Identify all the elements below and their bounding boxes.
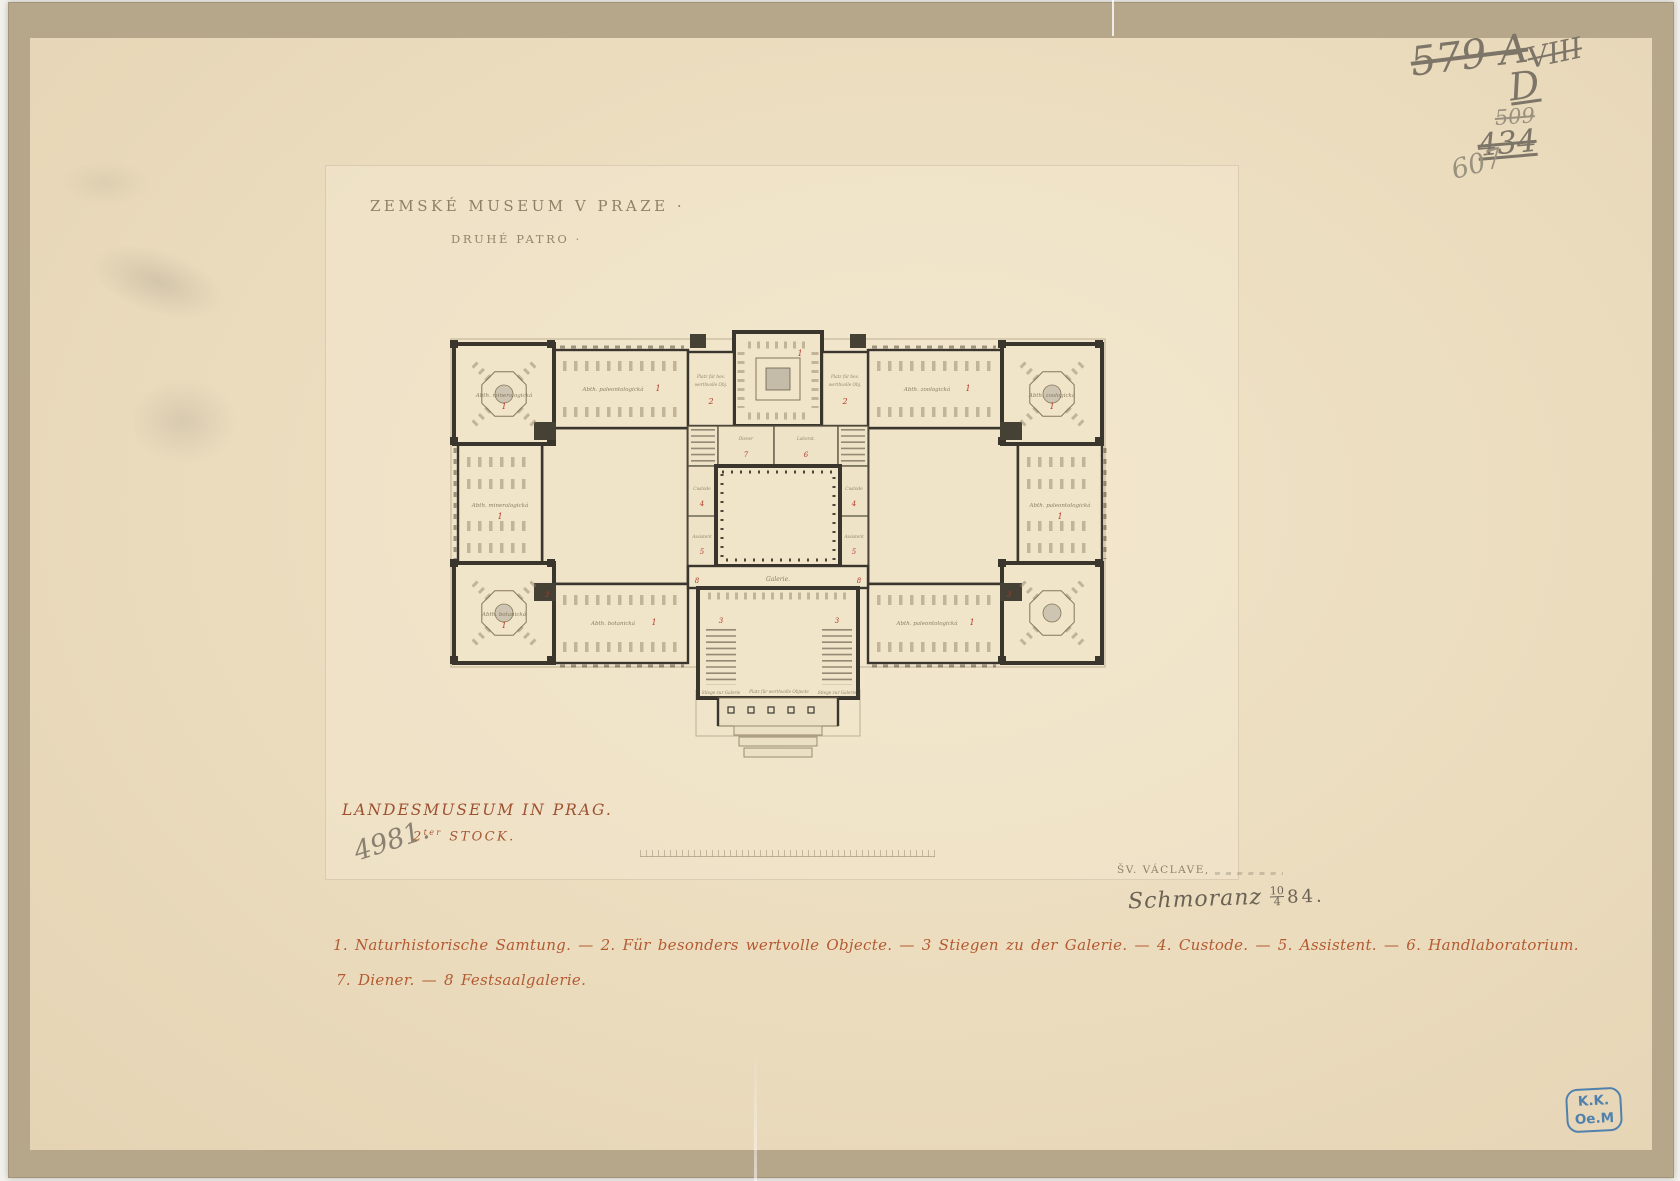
collection-stamp: K.K. Oe.M [1565,1087,1623,1134]
floor-plan: Abth. mineralogická 1 Abth. paleontologi… [450,330,1110,776]
num-assistent-left: 5 [700,548,705,556]
num-wing-bottom-right: 1 [969,618,974,627]
label-valuables-left-2: werthvolle Obj. [695,382,728,387]
num-laborat: 6 [804,451,809,459]
num-galerie-right: 8 [857,577,862,585]
num-wing-left: 1 [497,512,502,521]
num-stair-bottom-left: 3 [719,617,724,625]
date-month: 4 [1273,895,1280,908]
num-pavilion-nw: 1 [501,402,506,411]
label-wing-right: Abth. paleontologická [1029,502,1091,509]
label-assistent-left: Assistent [691,534,712,539]
light-court [716,466,840,566]
num-pantheon: 1 [797,349,802,358]
num-diener: 7 [744,451,749,459]
label-custode-left: Custode [693,486,711,491]
label-valuables-right-1: Platz für bes. [830,374,859,379]
label-wing-left: Abth. mineralogická [471,502,528,509]
legend-line-2: 7. Diener. — 8 Festsaalgalerie. [336,971,586,989]
num-stair-west: 3 [545,591,550,599]
num-valuables-left: 2 [707,397,713,406]
label-wing-top-right: Abth. zoologická [903,386,950,393]
site-note: ŠV. VÁCLAVE, [1117,864,1210,876]
valuables-room-left [688,352,734,426]
portico [718,698,838,726]
floor-word: STOCK. [443,829,516,844]
label-valuables-right-2: werthvolle Obj. [829,382,862,387]
stamp-line-2: Oe.M [1568,1109,1621,1129]
num-galerie-left: 8 [695,577,700,585]
card-notch [1112,0,1114,36]
legend-line-1: 1. Naturhistorische Samtung. — 2. Für be… [333,936,1579,954]
label-wing-bottom-left: Abth. botanická [590,620,635,627]
laboratorium-room [774,426,838,466]
scanned-drawing-page: ZEMSKÉ MUSEUM V PRAZE · DRUHÉ PATRO · LA… [0,0,1680,1181]
label-valuables-left-1: Platz für bes. [696,374,725,379]
label-diener: Diener [738,436,754,441]
num-stair-east: 3 [1007,591,1012,599]
num-wing-top-left: 1 [655,384,660,393]
num-wing-top-right: 1 [965,384,970,393]
architect-signature: Schmoranz [1128,885,1263,915]
smudge-mark [60,160,150,206]
num-pavilion-ne: 1 [1049,402,1054,411]
label-assistent-right: Assistent [843,534,864,539]
illegible-pencil-scribble [1215,872,1283,875]
plan-subtitle-czech: DRUHÉ PATRO · [451,232,582,246]
plan-title-czech: ZEMSKÉ MUSEUM V PRAZE · [370,197,685,215]
label-pavilion-ne: Abth. zoologická [1028,392,1075,399]
num-wing-bottom-left: 1 [651,618,656,627]
date-year: 84. [1287,886,1325,908]
num-custode-left: 4 [699,500,704,508]
num-valuables-right: 2 [841,397,847,406]
label-pavilion-nw: Abth. mineralogická [475,392,532,399]
label-stair-note-left: Stiege zur Galerie [702,690,741,695]
num-pavilion-sw: 1 [501,621,506,630]
num-stair-bottom-right: 3 [835,617,840,625]
paper-crease [754,1048,757,1181]
scale-bar [640,850,935,857]
plan-title-german: LANDESMUSEUM IN PRAG. [342,801,613,819]
num-wing-right: 1 [1057,512,1062,521]
label-custode-right: Custode [845,486,863,491]
entrance-steps [734,726,822,757]
label-wing-bottom-right: Abth. paleontologická [896,620,958,627]
label-wing-top-left: Abth. paleontologická [582,386,644,393]
num-custode-right: 4 [851,500,856,508]
label-pavilion-sw: Abth. botanická [481,611,526,618]
diener-room [718,426,774,466]
label-hall-note: Platz für werthvolle Objecte [748,689,809,694]
smudge-mark [128,378,238,464]
date-fraction: 104 [1270,886,1285,908]
label-stair-note-right: Stiege zur Galerie [818,690,857,695]
pencil-letter-d: D [1506,62,1542,110]
num-assistent-right: 5 [852,548,857,556]
label-galerie: Galerie. [766,576,790,583]
pantheon-skylight [766,368,790,390]
label-laborat: Laborat. [796,436,815,441]
valuables-room-right [822,352,868,426]
